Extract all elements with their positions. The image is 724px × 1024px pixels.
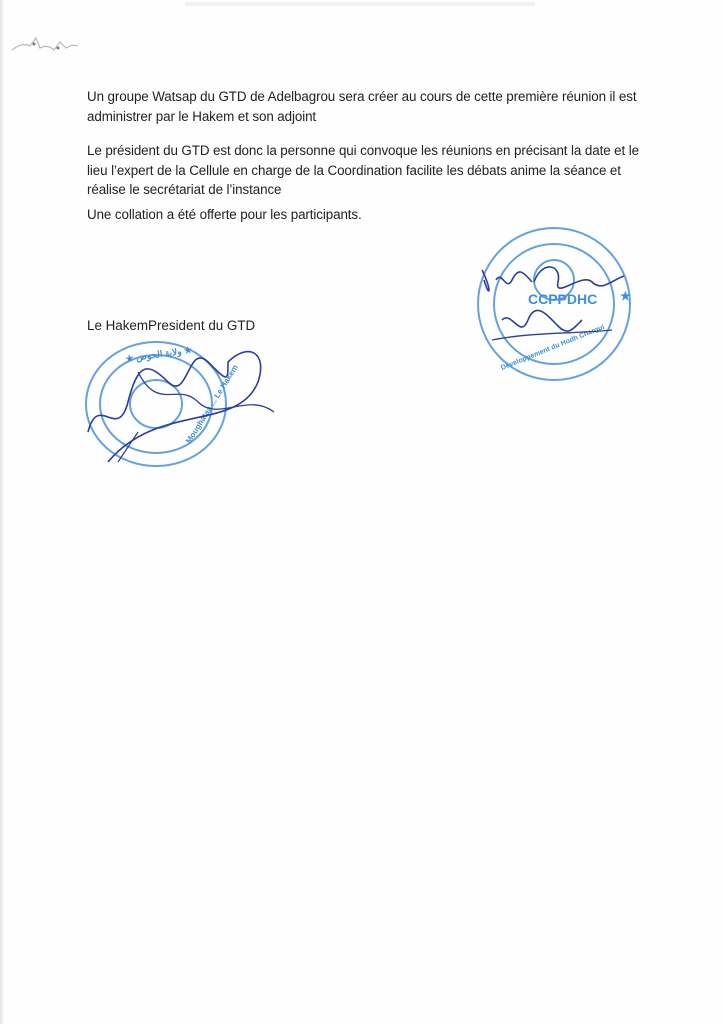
svg-text:Moughataa ... Le Hakem: Moughataa ... Le Hakem <box>184 363 240 445</box>
signature-label-hakem: Le HakemPresident du GTD <box>87 318 255 333</box>
document-page: Un groupe Watsap du GTD de Adelbagrou se… <box>0 0 724 1024</box>
scan-edge <box>0 0 4 1024</box>
svg-text:★: ★ <box>620 289 631 303</box>
ccppdhc-stamp-and-signature: CCPPDHC Développement du Hodh Chargui ★ <box>462 220 642 390</box>
svg-text:CCPPDHC: CCPPDHC <box>528 291 597 307</box>
scan-smudge <box>185 2 535 6</box>
hakem-stamp-and-signature: ★ ولاية الحوض ★ Moughataa ... Le Hakem <box>78 322 278 472</box>
paragraph-president-role: Le président du GTD est donc la personne… <box>87 141 647 200</box>
handwritten-mark-icon <box>8 22 88 62</box>
paragraph-whatsapp-group: Un groupe Watsap du GTD de Adelbagrou se… <box>87 87 647 126</box>
